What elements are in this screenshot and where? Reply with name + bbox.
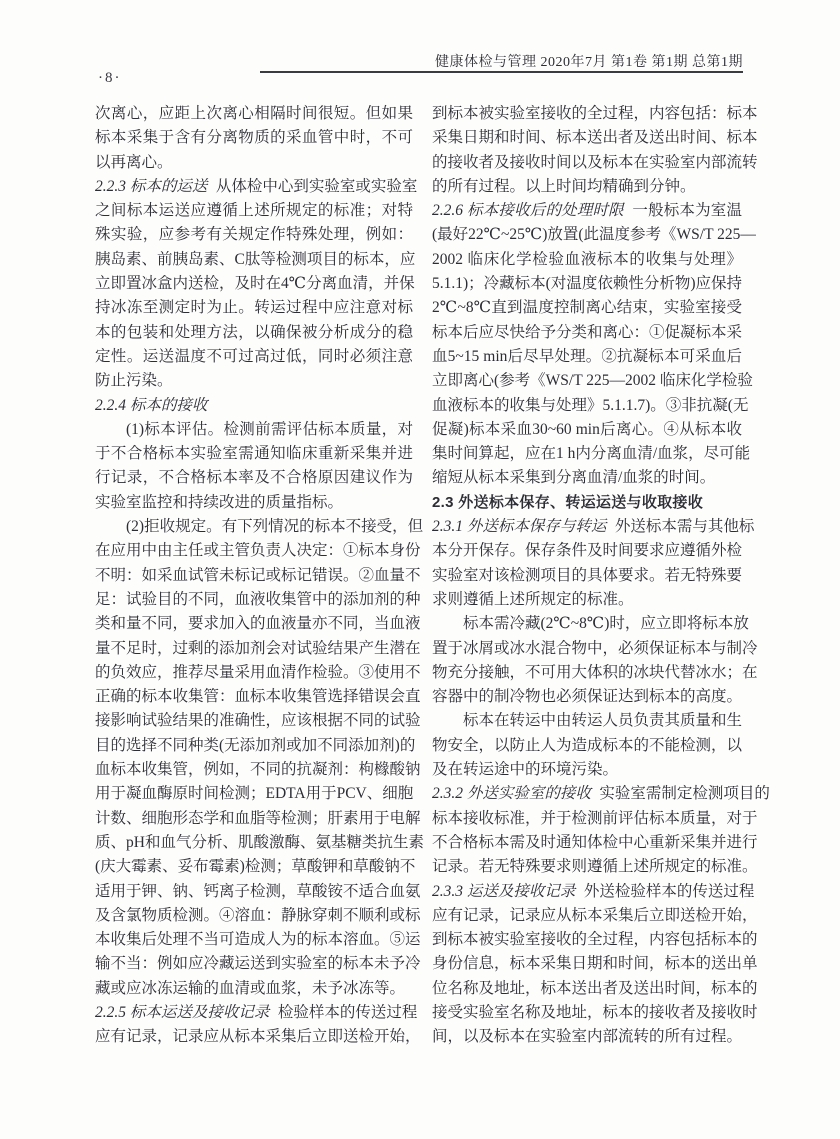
line-text: 位名称及地址，标本送出者及送出时间，标本的 [432,980,758,997]
text-line: 标本需冷藏(2℃~8℃)时，应立即将标本放 [432,612,742,636]
text-line: 计数、细胞形态学和血脂等检测；肝素用于电解 [95,807,413,831]
line-text: 目的选择不同种类(无添加剂或加不同添加剂)的 [95,737,415,754]
text-line: 立即置冰盒内送检，及时在4℃分离血清，并保 [95,272,413,296]
line-text: 防止污染。 [95,372,173,389]
line-text: 于不合格标本实验室需通知临床重新采集并进 [95,445,413,462]
text-line: 求则遵循上述所规定的标准。 [432,588,742,612]
text-line: 适用于钾、钠、钙离子检测，草酸铵不适合血氨 [95,880,413,904]
text-line: 之间标本运送应遵循上述所规定的标准；对特 [95,199,413,223]
line-text: 量不足时，过剩的添加剂会对试验结果产生潜在 [95,640,421,657]
line-text: 本分开保存。保存条件及时间要求应遵循外检 [432,542,742,559]
line-text: 的接收者及接收时间以及标本在实验室内部流转 [432,154,758,171]
line-text: 外送标本需与其他标 [615,518,755,535]
text-line: 在应用中由主任或主管负责人决定：①标本身份 [95,539,413,563]
text-line: 缩短从标本采集到分离血清/血浆的时间。 [432,466,742,490]
text-line: 到标本被实验室接收的全过程，内容包括标本的 [432,928,742,952]
text-line: 血液标本的收集与处理》5.1.1.7)。③非抗凝(无 [432,394,742,418]
line-text: 间，以及标本在实验室内部流转的所有过程。 [432,1028,742,1045]
text-line: 促凝)标本采血30~60 min后离心。④从标本收 [432,418,742,442]
text-line: 应有记录，记录应从标本采集后立即送检开始， [95,1025,413,1049]
text-line: 标本采集于含有分离物质的采血管中时，不可 [95,126,413,150]
bold-heading-line: 2.3 外送标本保存、转运运送与收取接收 [432,491,742,515]
line-text: 容器中的制冷物也必须保证达到标本的高度。 [432,688,742,705]
text-line: 及含氯物质检测。④溶血：静脉穿刺不顺利或标 [95,904,413,928]
section-number-title: 2.3.3 运送及接收记录 [432,883,575,900]
text-line: 标本接收标准，并于检测前评估标本质量，对于 [432,807,742,831]
left-column: 次离心，应距上次离心相隔时间很短。但如果标本采集于含有分离物质的采血管中时，不可… [95,102,413,1050]
text-line: 行记录，不合格标本率及不合格原因建议作为 [95,466,413,490]
text-line: 记录。若无特殊要求则遵循上述所规定的标准。 [432,855,742,879]
line-text: 适用于钾、钠、钙离子检测，草酸铵不适合血氨 [95,883,421,900]
text-line: 的接收者及接收时间以及标本在实验室内部流转 [432,151,742,175]
line-text: 实验室需制定检测项目的 [599,785,770,802]
header-rule [260,71,743,73]
text-line: 容器中的制冷物也必须保证达到标本的高度。 [432,685,742,709]
section-number-title: 2.3.2 外送实验室的接收 [432,785,591,802]
text-line: 持冰冻至测定时为止。转运过程中应注意对标 [95,296,413,320]
line-text: 接受实验室名称及地址，标本的接收者及接收时 [432,1004,758,1021]
line-text: 本收集后处理不当可造成人为的标本溶血。⑤运 [95,931,421,948]
text-line: 质、pH和血气分析、肌酸激酶、氨基糖类抗生素 [95,831,413,855]
section-heading-line: 2.2.5 标本运送及接收记录检验样本的传送过程 [95,1001,413,1025]
section-heading-line: 2.3.1 外送标本保存与转运外送标本需与其他标 [432,515,742,539]
text-line: 接受实验室名称及地址，标本的接收者及接收时 [432,1001,742,1025]
page-number: ·8· [98,70,122,87]
line-text: 本的包装和处理方法，以确保被分析成分的稳 [95,324,413,341]
text-line: 采集日期和时间、标本送出者及送出时间、标本 [432,126,742,150]
line-text: 的负效应，推荐尽量采用血清作检验。③使用不 [95,664,421,681]
line-text: 以再离心。 [95,154,173,171]
text-line: 间，以及标本在实验室内部流转的所有过程。 [432,1025,742,1049]
document-page: 健康体检与管理 2020年7月 第1卷 第1期 总第1期 ·8· 次离心，应距上… [0,0,840,1139]
text-line: 本收集后处理不当可造成人为的标本溶血。⑤运 [95,928,413,952]
section-number-title: 2.2.6 标本接收后的处理时限 [432,202,624,219]
line-text: 定性。运送温度不可过高过低，同时必须注意 [95,348,413,365]
line-text: 血5~15 min后尽早处理。②抗凝标本可采血后 [432,348,742,365]
text-line: (庆大霉素、妥布霉素)检测；草酸钾和草酸钠不 [95,855,413,879]
text-line: 5.1.1)；冷藏标本(对温度依赖性分析物)应保持 [432,272,742,296]
text-line: 防止污染。 [95,369,413,393]
line-text: 检验样本的传送过程 [278,1004,418,1021]
line-text: 物充分接触，不可用大体积的冰块代替冰水；在 [432,664,758,681]
text-line: 用于凝血酶原时间检测；EDTA用于PCV、细胞 [95,782,413,806]
line-text: 5.1.1)；冷藏标本(对温度依赖性分析物)应保持 [432,275,742,292]
line-text: 不合格标本需及时通知体检中心重新采集并进行 [432,834,758,851]
line-text: 2℃~8℃直到温度控制离心结束，实验室接受 [432,299,742,316]
text-line: 目的选择不同种类(无添加剂或加不同添加剂)的 [95,734,413,758]
line-text: 求则遵循上述所规定的标准。 [432,591,634,608]
line-text: 接影响试验结果的准确性，应该根据不同的试验 [95,712,421,729]
line-text: 标本接收标准，并于检测前评估标本质量，对于 [432,810,758,827]
section-heading-line: 2.2.3 标本的运送从体检中心到实验室或实验室 [95,175,413,199]
text-line: (2)拒收规定。有下列情况的标本不接受，但 [95,515,413,539]
text-line: 标本后应尽快给予分类和离心：①促凝标本采 [432,321,742,345]
text-line: 身份信息，标本采集日期和时间，标本的送出单 [432,952,742,976]
section-heading-line: 2.3.3 运送及接收记录外送检验样本的传送过程 [432,880,742,904]
line-text: (1)标本评估。检测前需评估标本质量，对 [126,421,413,438]
line-text: 在应用中由主任或主管负责人决定：①标本身份 [95,542,421,559]
line-text: 立即离心(参考《WS/T 225—2002 临床化学检验 [432,372,753,389]
line-text: 促凝)标本采血30~60 min后离心。④从标本收 [432,421,742,438]
text-line: 血5~15 min后尽早处理。②抗凝标本可采血后 [432,345,742,369]
text-line: 殊实验，应参考有关规定作特殊处理，例如： [95,223,413,247]
line-text: 标本在转运中由转运人员负责其质量和生 [463,712,742,729]
line-text: 物安全，以防止人为造成标本的不能检测，以 [432,737,742,754]
journal-header: 健康体检与管理 2020年7月 第1卷 第1期 总第1期 [260,51,743,71]
line-text: 用于凝血酶原时间检测；EDTA用于PCV、细胞 [95,785,413,802]
line-text: 胰岛素、前胰岛素、C肽等检测项目的标本，应 [95,251,415,268]
text-line: (最好22℃~25℃)放置(此温度参考《WS/T 225— [432,223,742,247]
text-line: 量不足时，过剩的添加剂会对试验结果产生潜在 [95,637,413,661]
line-text: 的所有过程。以上时间均精确到分钟。 [432,178,696,195]
line-text: 缩短从标本采集到分离血清/血浆的时间。 [432,469,715,486]
text-line: 物安全，以防止人为造成标本的不能检测，以 [432,734,742,758]
line-text: 足：试验目的不同，血液收集管中的添加剂的种 [95,591,421,608]
text-line: 实验室监控和持续改进的质量指标。 [95,491,413,515]
text-line: 立即离心(参考《WS/T 225—2002 临床化学检验 [432,369,742,393]
line-text: 2.3 外送标本保存、转运运送与收取接收 [432,494,703,511]
text-line: 不明：如采血试管未标记或标记错误。②血量不 [95,564,413,588]
section-number-title: 2.2.5 标本运送及接收记录 [95,1004,269,1021]
text-line: 接影响试验结果的准确性，应该根据不同的试验 [95,709,413,733]
line-text: 血标本收集管，例如，不同的抗凝剂：枸橼酸钠 [95,761,421,778]
text-line: 2℃~8℃直到温度控制离心结束，实验室接受 [432,296,742,320]
line-text: 到标本被实验室接收的全过程，内容包括标本的 [432,931,758,948]
text-line: 位名称及地址，标本送出者及送出时间，标本的 [432,977,742,1001]
line-text: 从体检中心到实验室或实验室 [216,178,418,195]
line-text: 不明：如采血试管未标记或标记错误。②血量不 [95,567,421,584]
line-text: 应有记录，记录应从标本采集后立即送检开始， [95,1028,421,1045]
text-line: 实验室对该检测项目的具体要求。若无特殊要 [432,564,742,588]
line-text: 持冰冻至测定时为止。转运过程中应注意对标 [95,299,413,316]
line-text: 记录。若无特殊要求则遵循上述所规定的标准。 [432,858,758,875]
text-line: 输不当：例如应冷藏运送到实验室的标本未予冷 [95,952,413,976]
section-heading-line: 2.2.6 标本接收后的处理时限一般标本为室温 [432,199,742,223]
line-text: 实验室监控和持续改进的质量指标。 [95,494,343,511]
text-line: 2002 临床化学检验血液标本的收集与处理》 [432,248,742,272]
text-line: 的所有过程。以上时间均精确到分钟。 [432,175,742,199]
line-text: (最好22℃~25℃)放置(此温度参考《WS/T 225— [432,226,756,243]
text-line: 物充分接触，不可用大体积的冰块代替冰水；在 [432,661,742,685]
line-text: 应有记录，记录应从标本采集后立即送检开始， [432,907,758,924]
text-line: 集时间算起，应在1 h内分离血清/血浆，尽可能 [432,442,742,466]
text-line: 次离心，应距上次离心相隔时间很短。但如果 [95,102,413,126]
line-text: 到标本被实验室接收的全过程，内容包括：标本 [432,105,758,122]
line-text: (庆大霉素、妥布霉素)检测；草酸钾和草酸钠不 [95,858,415,875]
section-number-title: 2.3.1 外送标本保存与转运 [432,518,606,535]
line-text: 殊实验，应参考有关规定作特殊处理，例如： [95,226,413,243]
line-text: (2)拒收规定。有下列情况的标本不接受，但 [126,518,423,535]
line-text: 外送检验样本的传送过程 [584,883,755,900]
text-line: 的负效应，推荐尽量采用血清作检验。③使用不 [95,661,413,685]
line-text: 行记录，不合格标本率及不合格原因建议作为 [95,469,413,486]
line-text: 计数、细胞形态学和血脂等检测；肝素用于电解 [95,810,421,827]
text-line: 于不合格标本实验室需通知临床重新采集并进 [95,442,413,466]
text-line: 定性。运送温度不可过高过低，同时必须注意 [95,345,413,369]
section-heading-line: 2.3.2 外送实验室的接收实验室需制定检测项目的 [432,782,742,806]
text-line: 以再离心。 [95,151,413,175]
text-line: 不合格标本需及时通知体检中心重新采集并进行 [432,831,742,855]
line-text: 类和量不同，要求加入的血液量亦不同，当血液 [95,615,421,632]
line-text: 2002 临床化学检验血液标本的收集与处理》 [432,251,742,268]
line-text: 身份信息，标本采集日期和时间，标本的送出单 [432,955,758,972]
line-text: 集时间算起，应在1 h内分离血清/血浆，尽可能 [432,445,750,462]
text-line: 类和量不同，要求加入的血液量亦不同，当血液 [95,612,413,636]
line-text: 采集日期和时间、标本送出者及送出时间、标本 [432,129,758,146]
section-number-title: 2.2.4 标本的接收 [95,397,207,414]
text-line: 标本在转运中由转运人员负责其质量和生 [432,709,742,733]
line-text: 输不当：例如应冷藏运送到实验室的标本未予冷 [95,955,421,972]
section-number-title: 2.2.3 标本的运送 [95,178,207,195]
line-text: 一般标本为室温 [632,202,742,219]
text-line: (1)标本评估。检测前需评估标本质量，对 [95,418,413,442]
section-heading-line: 2.2.4 标本的接收 [95,394,413,418]
line-text: 质、pH和血气分析、肌酸激酶、氨基糖类抗生素 [95,834,424,851]
text-line: 本分开保存。保存条件及时间要求应遵循外检 [432,539,742,563]
text-line: 本的包装和处理方法，以确保被分析成分的稳 [95,321,413,345]
line-text: 藏或应冰冻运输的血清或血浆，未予冰冻等。 [95,980,405,997]
text-line: 藏或应冰冻运输的血清或血浆，未予冰冻等。 [95,977,413,1001]
text-line: 应有记录，记录应从标本采集后立即送检开始， [432,904,742,928]
line-text: 正确的标本收集管：血标本收集管选择错误会直 [95,688,421,705]
text-line: 胰岛素、前胰岛素、C肽等检测项目的标本，应 [95,248,413,272]
text-line: 置于冰屑或冰水混合物中，必须保证标本与制冷 [432,637,742,661]
line-text: 之间标本运送应遵循上述所规定的标准；对特 [95,202,413,219]
line-text: 及在转运途中的环境污染。 [432,761,618,778]
line-text: 立即置冰盒内送检，及时在4℃分离血清，并保 [95,275,415,292]
line-text: 标本采集于含有分离物质的采血管中时，不可 [95,129,413,146]
line-text: 实验室对该检测项目的具体要求。若无特殊要 [432,567,742,584]
line-text: 标本需冷藏(2℃~8℃)时，应立即将标本放 [463,615,749,632]
right-column: 到标本被实验室接收的全过程，内容包括：标本采集日期和时间、标本送出者及送出时间、… [432,102,742,1050]
text-line: 血标本收集管，例如，不同的抗凝剂：枸橼酸钠 [95,758,413,782]
line-text: 标本后应尽快给予分类和离心：①促凝标本采 [432,324,742,341]
line-text: 血液标本的收集与处理》5.1.1.7)。③非抗凝(无 [432,397,748,414]
text-line: 到标本被实验室接收的全过程，内容包括：标本 [432,102,742,126]
line-text: 及含氯物质检测。④溶血：静脉穿刺不顺利或标 [95,907,421,924]
text-line: 正确的标本收集管：血标本收集管选择错误会直 [95,685,413,709]
text-line: 足：试验目的不同，血液收集管中的添加剂的种 [95,588,413,612]
line-text: 置于冰屑或冰水混合物中，必须保证标本与制冷 [432,640,758,657]
text-line: 及在转运途中的环境污染。 [432,758,742,782]
line-text: 次离心，应距上次离心相隔时间很短。但如果 [95,105,413,122]
